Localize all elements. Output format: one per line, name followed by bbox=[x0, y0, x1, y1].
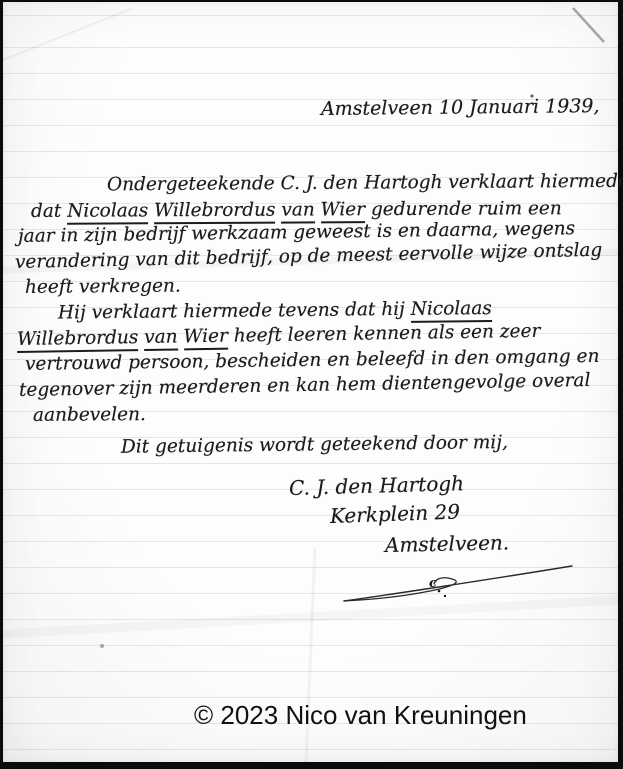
body-text: aanbevelen. bbox=[33, 404, 146, 426]
body-text: Dit getuigenis wordt geteekend door mij, bbox=[121, 432, 508, 458]
signature-name: C. J. den Hartogh bbox=[289, 471, 465, 500]
body-text: heeft verkregen. bbox=[25, 276, 181, 298]
signature-initial: c bbox=[429, 576, 437, 591]
signature-flourish: c bbox=[336, 558, 580, 608]
underlined-name: Nicolaas bbox=[67, 200, 148, 224]
body-text bbox=[315, 199, 321, 220]
underlined-name: Wier bbox=[183, 325, 228, 350]
body-text: dat bbox=[31, 200, 67, 221]
signature-city: Amstelveen. bbox=[385, 530, 510, 557]
body-text: Hij verklaart hiermede tevens dat hij bbox=[58, 299, 411, 324]
body-line: Dit getuigenis wordt geteekend door mij, bbox=[15, 429, 609, 462]
body-line: aanbevelen. bbox=[15, 399, 609, 429]
scanned-letter: Amstelveen 10 Januari 1939, Ondergeteeke… bbox=[0, 0, 623, 769]
body-text bbox=[177, 326, 183, 347]
dateline: Amstelveen 10 Januari 1939, bbox=[321, 95, 600, 120]
underlined-name: Willebrordus bbox=[17, 327, 139, 353]
letter-body: Ondergeteekende C. J. den Hartogh verkla… bbox=[15, 173, 609, 462]
body-text: heeft leeren kennen als een zeer bbox=[228, 320, 541, 346]
body-text: Ondergeteekende C. J. den Hartogh verkla… bbox=[107, 171, 623, 196]
body-line: Ondergeteekende C. J. den Hartogh verkla… bbox=[15, 169, 609, 199]
signature-street: Kerkplein 29 bbox=[330, 499, 461, 528]
copyright-watermark: © 2023 Nico van Kreuningen bbox=[194, 700, 527, 731]
underlined-name: van bbox=[144, 326, 178, 351]
paper: Amstelveen 10 Januari 1939, Ondergeteeke… bbox=[3, 2, 618, 762]
